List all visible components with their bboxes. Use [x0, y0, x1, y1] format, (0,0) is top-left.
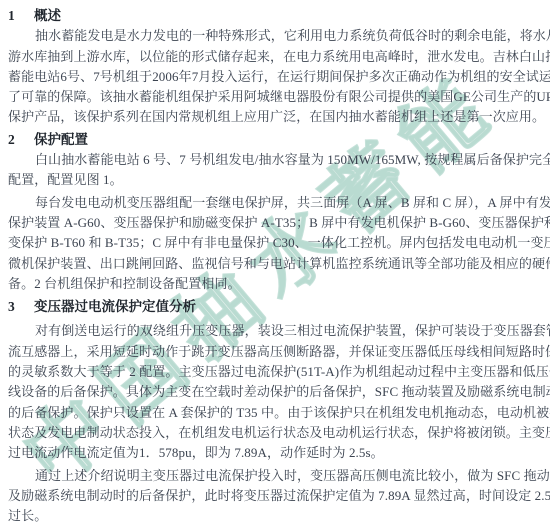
text-line: 白山抽水蓄能电站 6 号、7 号机组发电/抽水容量为 150MW/165MW, … — [8, 150, 550, 170]
text-line: 线设备的后备保护。具体为主变在空载时差动保护的后备保护，SFC 拖动装置及励磁系… — [8, 382, 550, 402]
section-number: 3 — [8, 297, 34, 317]
text-line: 保护产品，该保护系列在国内常规机组上应用广泛，在国内抽水蓄能机组上还是第一次应用… — [8, 107, 550, 127]
text-line: 微机保护装置、出口跳闸回路、监视信号和与电站计算机监控系统通讯等全部功能及相应的… — [8, 254, 550, 274]
paragraph: 抽水蓄能发电是水力发电的一种特殊形式，它利用电力系统负荷低谷时的剩余电能，将水从… — [8, 26, 550, 127]
paragraph: 对有倒送电运行的双绕组升压变压器，装设三相过电流保护装置，保护可装设于变压器套管… — [8, 321, 550, 463]
text-line: 的后备保护。保护只设置在 A 套保护的 T35 中。由于该保护只在机组发电机拖动… — [8, 403, 550, 423]
paragraph: 每台发电电动机变压器组配一套继电保护屏，共三面屏（A 屏、B 屏和 C 屏），A… — [8, 193, 550, 294]
text-line: 对有倒送电运行的双绕组升压变压器，装设三相过电流保护装置，保护可装设于变压器套管… — [8, 321, 550, 341]
section-title: 变压器过电流保护定值分析 — [34, 299, 196, 314]
text-line: 保护装置 A-G60、变压器保护和励磁变保护 A-T35；B 屏中有发电机保护 … — [8, 213, 550, 233]
text-line: 通过上述介绍说明主变压器过电流保护投入时，变压器高压侧电流比较小，做为 SFC … — [8, 466, 550, 486]
document-page: 中国抽水蓄能 1概述抽水蓄能发电是水力发电的一种特殊形式，它利用电力系统负荷低谷… — [0, 0, 560, 525]
text-line: 过长。 — [8, 506, 550, 525]
paragraph: 通过上述介绍说明主变压器过电流保护投入时，变压器高压侧电流比较小，做为 SFC … — [8, 466, 550, 525]
section-number: 2 — [8, 130, 34, 150]
text-line: 状态及发电电制动状态投入，在机组发电机运行状态及电动机运行状态，保护将被闭锁。主… — [8, 423, 550, 443]
text-line: 每台发电电动机变压器组配一套继电保护屏，共三面屏（A 屏、B 屏和 C 屏），A… — [8, 193, 550, 213]
section-title: 保护配置 — [34, 132, 88, 147]
section-heading-3: 3变压器过电流保护定值分析 — [8, 297, 550, 317]
text-line: 抽水蓄能发电是水力发电的一种特殊形式，它利用电力系统负荷低谷时的剩余电能，将水从… — [8, 26, 550, 46]
section-number: 1 — [8, 6, 34, 26]
section-title: 概述 — [34, 8, 61, 23]
paragraph: 白山抽水蓄能电站 6 号、7 号机组发电/抽水容量为 150MW/165MW, … — [8, 150, 550, 191]
text-line: 备。2 台机组保护和控制设备配置相同。 — [8, 274, 550, 294]
text-line: 了可靠的保障。该抽水蓄能机组保护采用阿城继电器股份有限公司提供的美国GE公司生产… — [8, 87, 550, 107]
text-line: 流互感器上，采用短延时动作于跳开变压器高压侧断路器，并保证变压器低压母线相间短路… — [8, 342, 550, 362]
text-line: 变保护 B-T60 和 B-T35；C 屏中有非电量保护 C30、一体化工控机。… — [8, 233, 550, 253]
section-heading-1: 1概述 — [8, 6, 550, 26]
text-line: 配置，配置见图 1。 — [8, 170, 550, 190]
text-line: 过电流动作电流定值为1．578pu，即为 7.89A，动作延时为 2.5s。 — [8, 443, 550, 463]
document-content: 1概述抽水蓄能发电是水力发电的一种特殊形式，它利用电力系统负荷低谷时的剩余电能，… — [0, 0, 560, 525]
text-line: 游水库抽到上游水库，以位能的形式储存起来，在电力系统用电高峰时，泄水发电。吉林白… — [8, 47, 550, 67]
text-line: 蓄能电站6号、7号机组于2006年7月投入运行，在运行期间保护多次正确动作为机组… — [8, 67, 550, 87]
text-line: 及励磁系统电制动时的后备保护，此时将变压器过流保护定值为 7.89A 显然过高，… — [8, 486, 550, 506]
text-line: 的灵敏系数大于等于 2 配置。主变压器过电流保护(51T-A)作为机组起动过程中… — [8, 362, 550, 382]
section-heading-2: 2保护配置 — [8, 130, 550, 150]
